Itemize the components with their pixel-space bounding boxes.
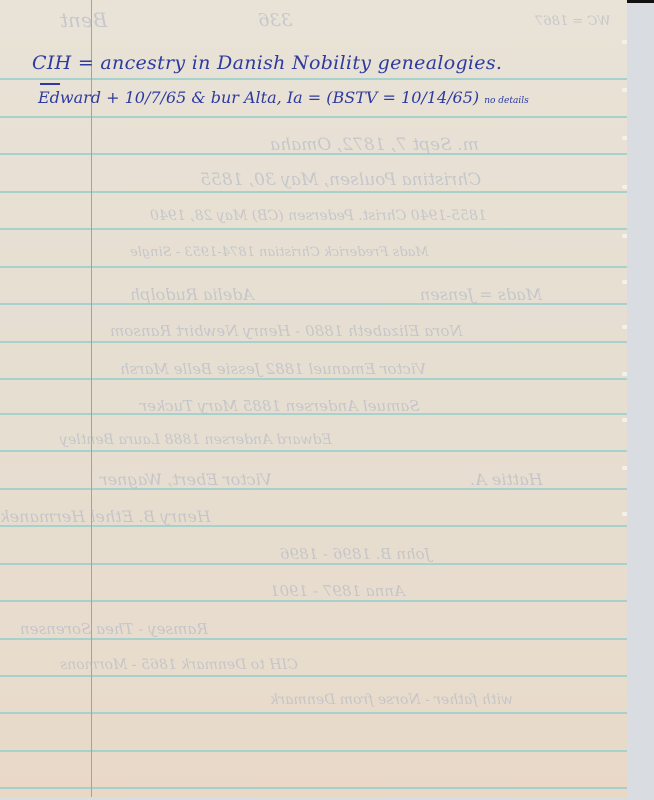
- bleed-through-text: Anna 1897 - 1901: [270, 582, 405, 600]
- rule-line: [0, 228, 627, 230]
- rule-line: [0, 638, 627, 640]
- bleed-through-text: Ramsey - Thea Sorensen: [20, 620, 208, 638]
- rule-line: [0, 341, 627, 343]
- rule-line: [0, 712, 627, 714]
- bleed-through-text: Victor Ebert, Wagner: [100, 470, 272, 489]
- perforation-notch: [622, 466, 627, 470]
- rule-line: [0, 266, 627, 268]
- handwriting-line-2: Edward + 10/7/65 & bur Alta, Ia = (BSTV …: [38, 88, 529, 107]
- handwriting-line-2-text: Edward + 10/7/65 & bur Alta, Ia = (BSTV …: [38, 88, 479, 107]
- overline-mark: [40, 83, 60, 85]
- bleed-through-text: 1855-1940 Christ. Pedersen (CB) May 28, …: [150, 208, 487, 224]
- bleed-through-text: Samuel Andersen 1885 Mary Tucker: [140, 397, 420, 415]
- perforation-notch: [622, 40, 627, 44]
- bleed-through-text: 336: [258, 10, 292, 31]
- rule-line: [0, 378, 627, 380]
- bleed-through-text: Bent: [60, 8, 107, 32]
- rule-line: [0, 675, 627, 677]
- bleed-through-text: WC = 1867: [535, 14, 611, 29]
- scan-edge-strip: [626, 0, 654, 3]
- bleed-through-text: Adelia Rudolph: [130, 285, 254, 304]
- handwriting-annotation: no details: [484, 96, 529, 106]
- perforation-notch: [622, 325, 627, 329]
- rule-line: [0, 450, 627, 452]
- bleed-through-text: Victor Emanuel 1882 Jessie Belle Marsh: [120, 360, 426, 378]
- bleed-through-text: Nora Elizabeth 1880 - Henry Newbirt Rans…: [110, 322, 463, 340]
- bleed-through-text: with father - Norse from Denmark: [270, 692, 513, 708]
- rule-line: [0, 78, 627, 80]
- bleed-through-text: Hattie A.: [470, 470, 543, 489]
- margin-line: [91, 0, 92, 797]
- perforation-notch: [622, 88, 627, 92]
- bleed-through-text: Mads Frederick Christian 1874-1953 - Sin…: [130, 245, 429, 260]
- handwriting-line-1: CIH = ancestry in Danish Nobility geneal…: [32, 52, 502, 74]
- bleed-through-text: Christina Poulsen, May 30, 1855: [200, 170, 481, 190]
- rule-line: [0, 750, 627, 752]
- bleed-through-text: John B. 1896 - 1896: [280, 545, 431, 563]
- bleed-through-text: Edward Andersen 1888 Laura Bentley: [60, 432, 332, 448]
- perforation-notch: [622, 136, 627, 140]
- rule-line: [0, 600, 627, 602]
- bleed-through-text: m. Sept 7, 1872, Omaha: [270, 135, 479, 155]
- rule-line: [0, 787, 627, 789]
- bleed-through-text: Henry B. Ethel Hermanek: [0, 507, 211, 526]
- notebook-page: Bent 336 WC = 1867 m. Sept 7, 1872, Omah…: [0, 0, 627, 797]
- rule-line: [0, 116, 627, 118]
- bleed-through-text: Mads = Jensen: [420, 285, 542, 304]
- perforation-notch: [622, 234, 627, 238]
- perforation-notch: [622, 185, 627, 189]
- rule-line: [0, 191, 627, 193]
- perforation-notch: [622, 418, 627, 422]
- bleed-through-text: CIH to Denmark 1865 - Mormons: [60, 657, 298, 673]
- rule-line: [0, 563, 627, 565]
- perforation-notch: [622, 512, 627, 516]
- perforation-notch: [622, 280, 627, 284]
- perforation-notch: [622, 372, 627, 376]
